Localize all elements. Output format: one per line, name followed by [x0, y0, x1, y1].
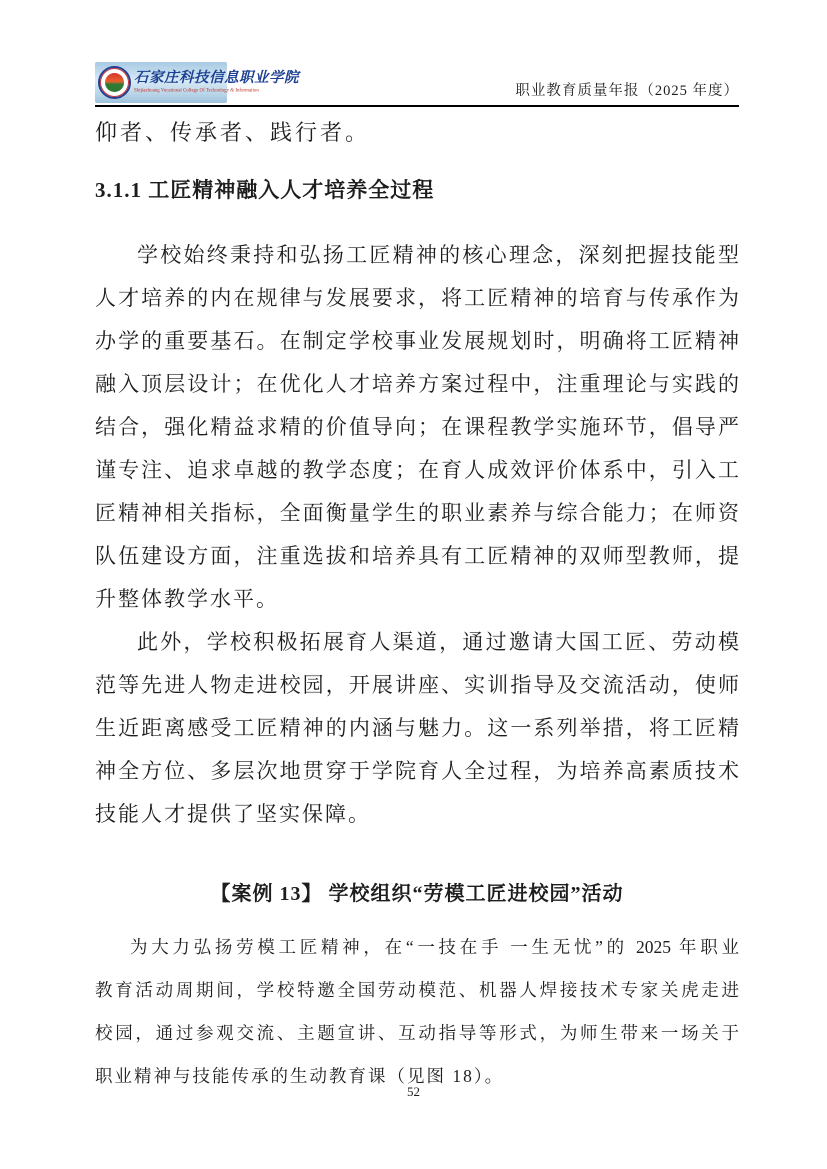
paragraph-2: 此外，学校积极拓展育人渠道，通过邀请大国工匠、劳动模 范等先进人物走进校园，开展… — [95, 621, 739, 836]
paragraph-line: 技能人才提供了坚实保障。 — [95, 793, 739, 836]
paragraph-line: 队伍建设方面，注重选拔和培养具有工匠精神的双师型教师，提 — [95, 535, 739, 578]
page-header: 石家庄科技信息职业学院 Shijiazhuang Vocational Coll… — [95, 62, 739, 107]
paragraph-line: 结合，强化精益求精的价值导向；在课程教学实施环节，倡导严 — [95, 406, 739, 449]
paragraph-line: 融入顶层设计；在优化人才培养方案过程中，注重理论与实践的 — [95, 363, 739, 406]
page-content: 仰者、传承者、践行者。 3.1.1 工匠精神融入人才培养全过程 学校始终秉持和弘… — [95, 109, 739, 1098]
report-title: 职业教育质量年报（2025 年度） — [515, 79, 739, 105]
paragraph-line: 生近距离感受工匠精神的内涵与魅力。这一系列举措，将工匠精 — [95, 707, 739, 750]
section-heading-3-1-1: 3.1.1 工匠精神融入人才培养全过程 — [95, 176, 739, 204]
paragraph-line: 学校始终秉持和弘扬工匠精神的核心理念，深刻把握技能型 — [95, 234, 739, 277]
college-logo: 石家庄科技信息职业学院 Shijiazhuang Vocational Coll… — [95, 62, 227, 103]
paragraph-line: 此外，学校积极拓展育人渠道，通过邀请大国工匠、劳动模 — [95, 621, 739, 664]
page-number: 52 — [0, 1084, 827, 1100]
emblem-sun-icon — [105, 73, 124, 92]
paragraph-line: 匠精神相关指标，全面衡量学生的职业素养与综合能力；在师资 — [95, 492, 739, 535]
paragraph-line: 神全方位、多层次地贯穿于学院育人全过程，为培养高素质技术 — [95, 750, 739, 793]
case-paragraph: 为大力弘扬劳模工匠精神，在“一技在手 一生无忧”的 2025 年职业 教育活动周… — [95, 926, 739, 1098]
college-name-en: Shijiazhuang Vocational College Of Techn… — [134, 88, 269, 93]
college-emblem-icon — [98, 66, 131, 99]
document-page: 石家庄科技信息职业学院 Shijiazhuang Vocational Coll… — [0, 0, 827, 1169]
paragraph-line: 教育活动周期间，学校特邀全国劳动模范、机器人焊接技术专家关虎走进 — [95, 969, 739, 1012]
paragraph-1: 学校始终秉持和弘扬工匠精神的核心理念，深刻把握技能型 人才培养的内在规律与发展要… — [95, 234, 739, 621]
paragraph-line: 谨专注、追求卓越的教学态度；在育人成效评价体系中，引入工 — [95, 449, 739, 492]
paragraph-line: 校园，通过参观交流、主题宣讲、互动指导等形式，为师生带来一场关于 — [95, 1012, 739, 1055]
paragraph-line: 范等先进人物走进校园，开展讲座、实训指导及交流活动，使师 — [95, 664, 739, 707]
college-name-cn: 石家庄科技信息职业学院 — [134, 71, 299, 86]
paragraph-line: 办学的重要基石。在制定学校事业发展规划时，明确将工匠精神 — [95, 320, 739, 363]
logo-text-block: 石家庄科技信息职业学院 Shijiazhuang Vocational Coll… — [134, 71, 299, 94]
paragraph-line: 为大力弘扬劳模工匠精神，在“一技在手 一生无忧”的 2025 年职业 — [95, 926, 739, 969]
paragraph-line: 人才培养的内在规律与发展要求，将工匠精神的培育与传承作为 — [95, 277, 739, 320]
carryover-text-line: 仰者、传承者、践行者。 — [95, 116, 739, 150]
case-13-heading: 【案例 13】 学校组织“劳模工匠进校园”活动 — [95, 880, 739, 908]
paragraph-line: 升整体教学水平。 — [95, 578, 739, 621]
